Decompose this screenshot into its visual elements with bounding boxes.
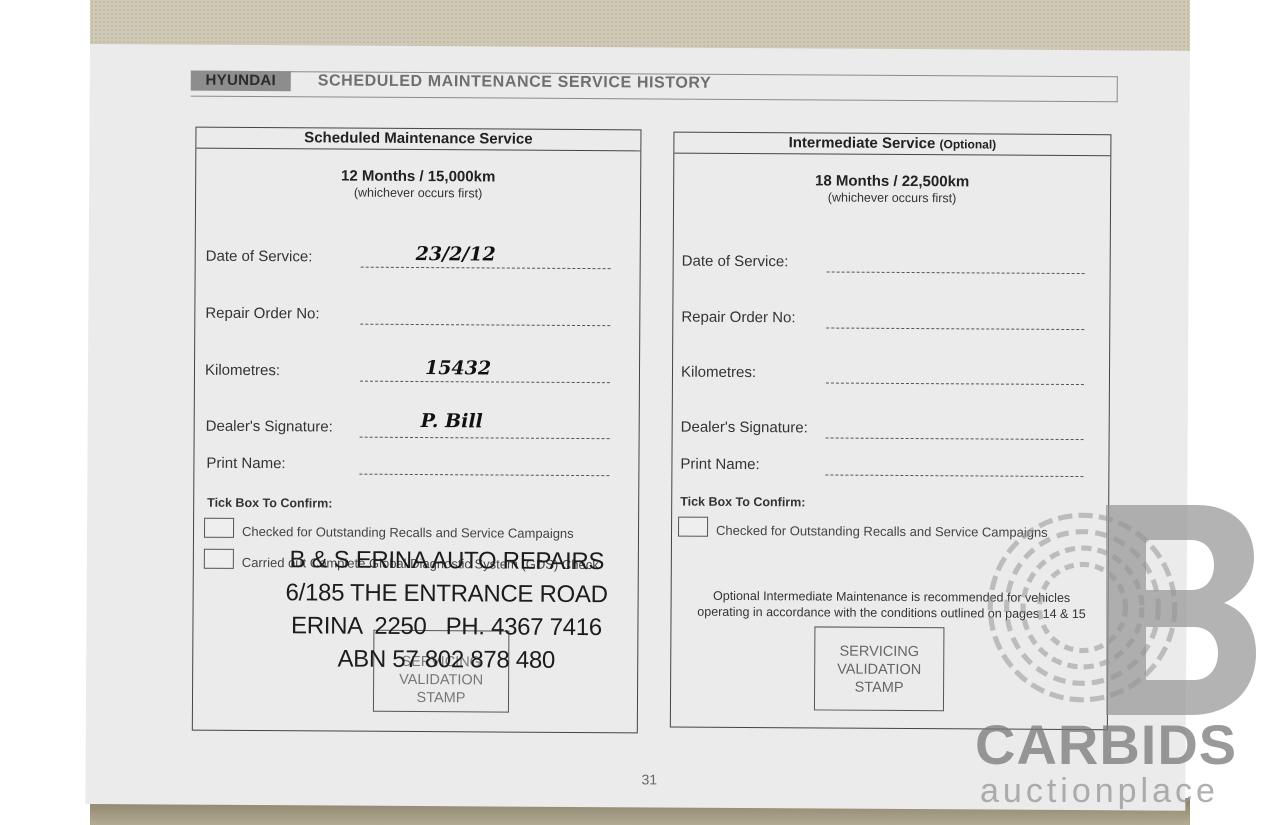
- stamp-line: STAMP: [815, 678, 943, 697]
- field-label: Print Name:: [206, 455, 285, 472]
- interval-note: (whichever occurs first): [196, 185, 640, 202]
- field-label: Repair Order No:: [205, 305, 319, 323]
- field-line: [360, 381, 610, 384]
- handwritten-signature: P. Bill: [421, 410, 483, 432]
- field-date-of-service[interactable]: Date of Service: 23/2/12: [206, 248, 626, 251]
- field-label: Dealer's Signature:: [206, 418, 333, 436]
- field-print-name[interactable]: Print Name:: [680, 456, 1100, 459]
- tick-label: Checked for Outstanding Recalls and Serv…: [242, 524, 574, 541]
- field-line: [826, 328, 1084, 331]
- tick-label: Checked for Outstanding Recalls and Serv…: [716, 523, 1048, 540]
- stamp-line: STAMP: [374, 689, 508, 708]
- field-line: [826, 383, 1084, 386]
- field-label: Date of Service:: [206, 248, 313, 266]
- service-interval: 18 Months / 22,500km: [674, 172, 1110, 192]
- tick-box-title: Tick Box To Confirm:: [680, 495, 805, 510]
- field-line: [359, 474, 609, 477]
- dealer-phone: ERINA 2250 PH. 4367 7416: [276, 609, 616, 644]
- field-print-name[interactable]: Print Name:: [206, 455, 626, 458]
- field-label: Kilometres:: [205, 362, 280, 379]
- handwritten-date: 23/2/12: [416, 243, 496, 265]
- field-label: Date of Service:: [682, 253, 789, 271]
- stamp-line: SERVICING: [815, 642, 943, 661]
- heading-optional: (Optional): [939, 137, 996, 151]
- field-repair-order[interactable]: Repair Order No:: [681, 309, 1101, 312]
- field-label: Kilometres:: [681, 364, 756, 381]
- brand-tab: HYUNDAI: [191, 71, 291, 92]
- interval-note: (whichever occurs first): [674, 190, 1110, 207]
- field-kilometres[interactable]: Kilometres: 15432: [205, 362, 625, 365]
- field-repair-order[interactable]: Repair Order No:: [205, 305, 625, 308]
- dealer-abn: ABN 57 802 878 480: [276, 642, 616, 677]
- stamp-line: VALIDATION: [815, 660, 943, 679]
- field-kilometres[interactable]: Kilometres:: [681, 364, 1101, 367]
- tick-box-title: Tick Box To Confirm:: [207, 496, 332, 511]
- logbook-page: HYUNDAI SCHEDULED MAINTENANCE SERVICE HI…: [85, 44, 1190, 811]
- checkbox[interactable]: [204, 518, 234, 538]
- checkbox[interactable]: [204, 549, 234, 569]
- dealer-rubber-stamp: B & S ERINA AUTO REPAIRS 6/185 THE ENTRA…: [276, 543, 617, 677]
- field-label: Repair Order No:: [681, 309, 795, 327]
- field-line: [826, 438, 1084, 441]
- dealer-name: B & S ERINA AUTO REPAIRS: [277, 543, 617, 578]
- dealer-address: 6/185 THE ENTRANCE ROAD: [277, 576, 617, 611]
- page-title: SCHEDULED MAINTENANCE SERVICE HISTORY: [318, 72, 712, 92]
- handwritten-kilometres: 15432: [425, 357, 491, 379]
- page-number: 31: [641, 771, 657, 787]
- checkbox[interactable]: [678, 517, 708, 537]
- field-line: [825, 475, 1083, 478]
- field-dealer-signature[interactable]: Dealer's Signature: P. Bill: [206, 418, 626, 421]
- intermediate-note: Optional Intermediate Maintenance is rec…: [676, 588, 1106, 623]
- field-label: Dealer's Signature:: [681, 419, 808, 437]
- field-date-of-service[interactable]: Date of Service:: [682, 253, 1102, 256]
- field-line: [360, 324, 610, 327]
- field-line: [827, 272, 1085, 275]
- card-heading: Scheduled Maintenance Service: [196, 128, 640, 152]
- heading-text: Intermediate Service: [789, 134, 936, 152]
- field-line: [361, 267, 611, 270]
- validation-stamp-box: SERVICING VALIDATION STAMP: [814, 626, 945, 711]
- field-dealer-signature[interactable]: Dealer's Signature:: [681, 419, 1101, 422]
- field-label: Print Name:: [680, 456, 759, 473]
- service-interval: 12 Months / 15,000km: [196, 167, 640, 187]
- field-line: [360, 437, 610, 440]
- card-heading: Intermediate Service (Optional): [674, 133, 1110, 157]
- note-line: operating in accordance with the conditi…: [676, 604, 1106, 623]
